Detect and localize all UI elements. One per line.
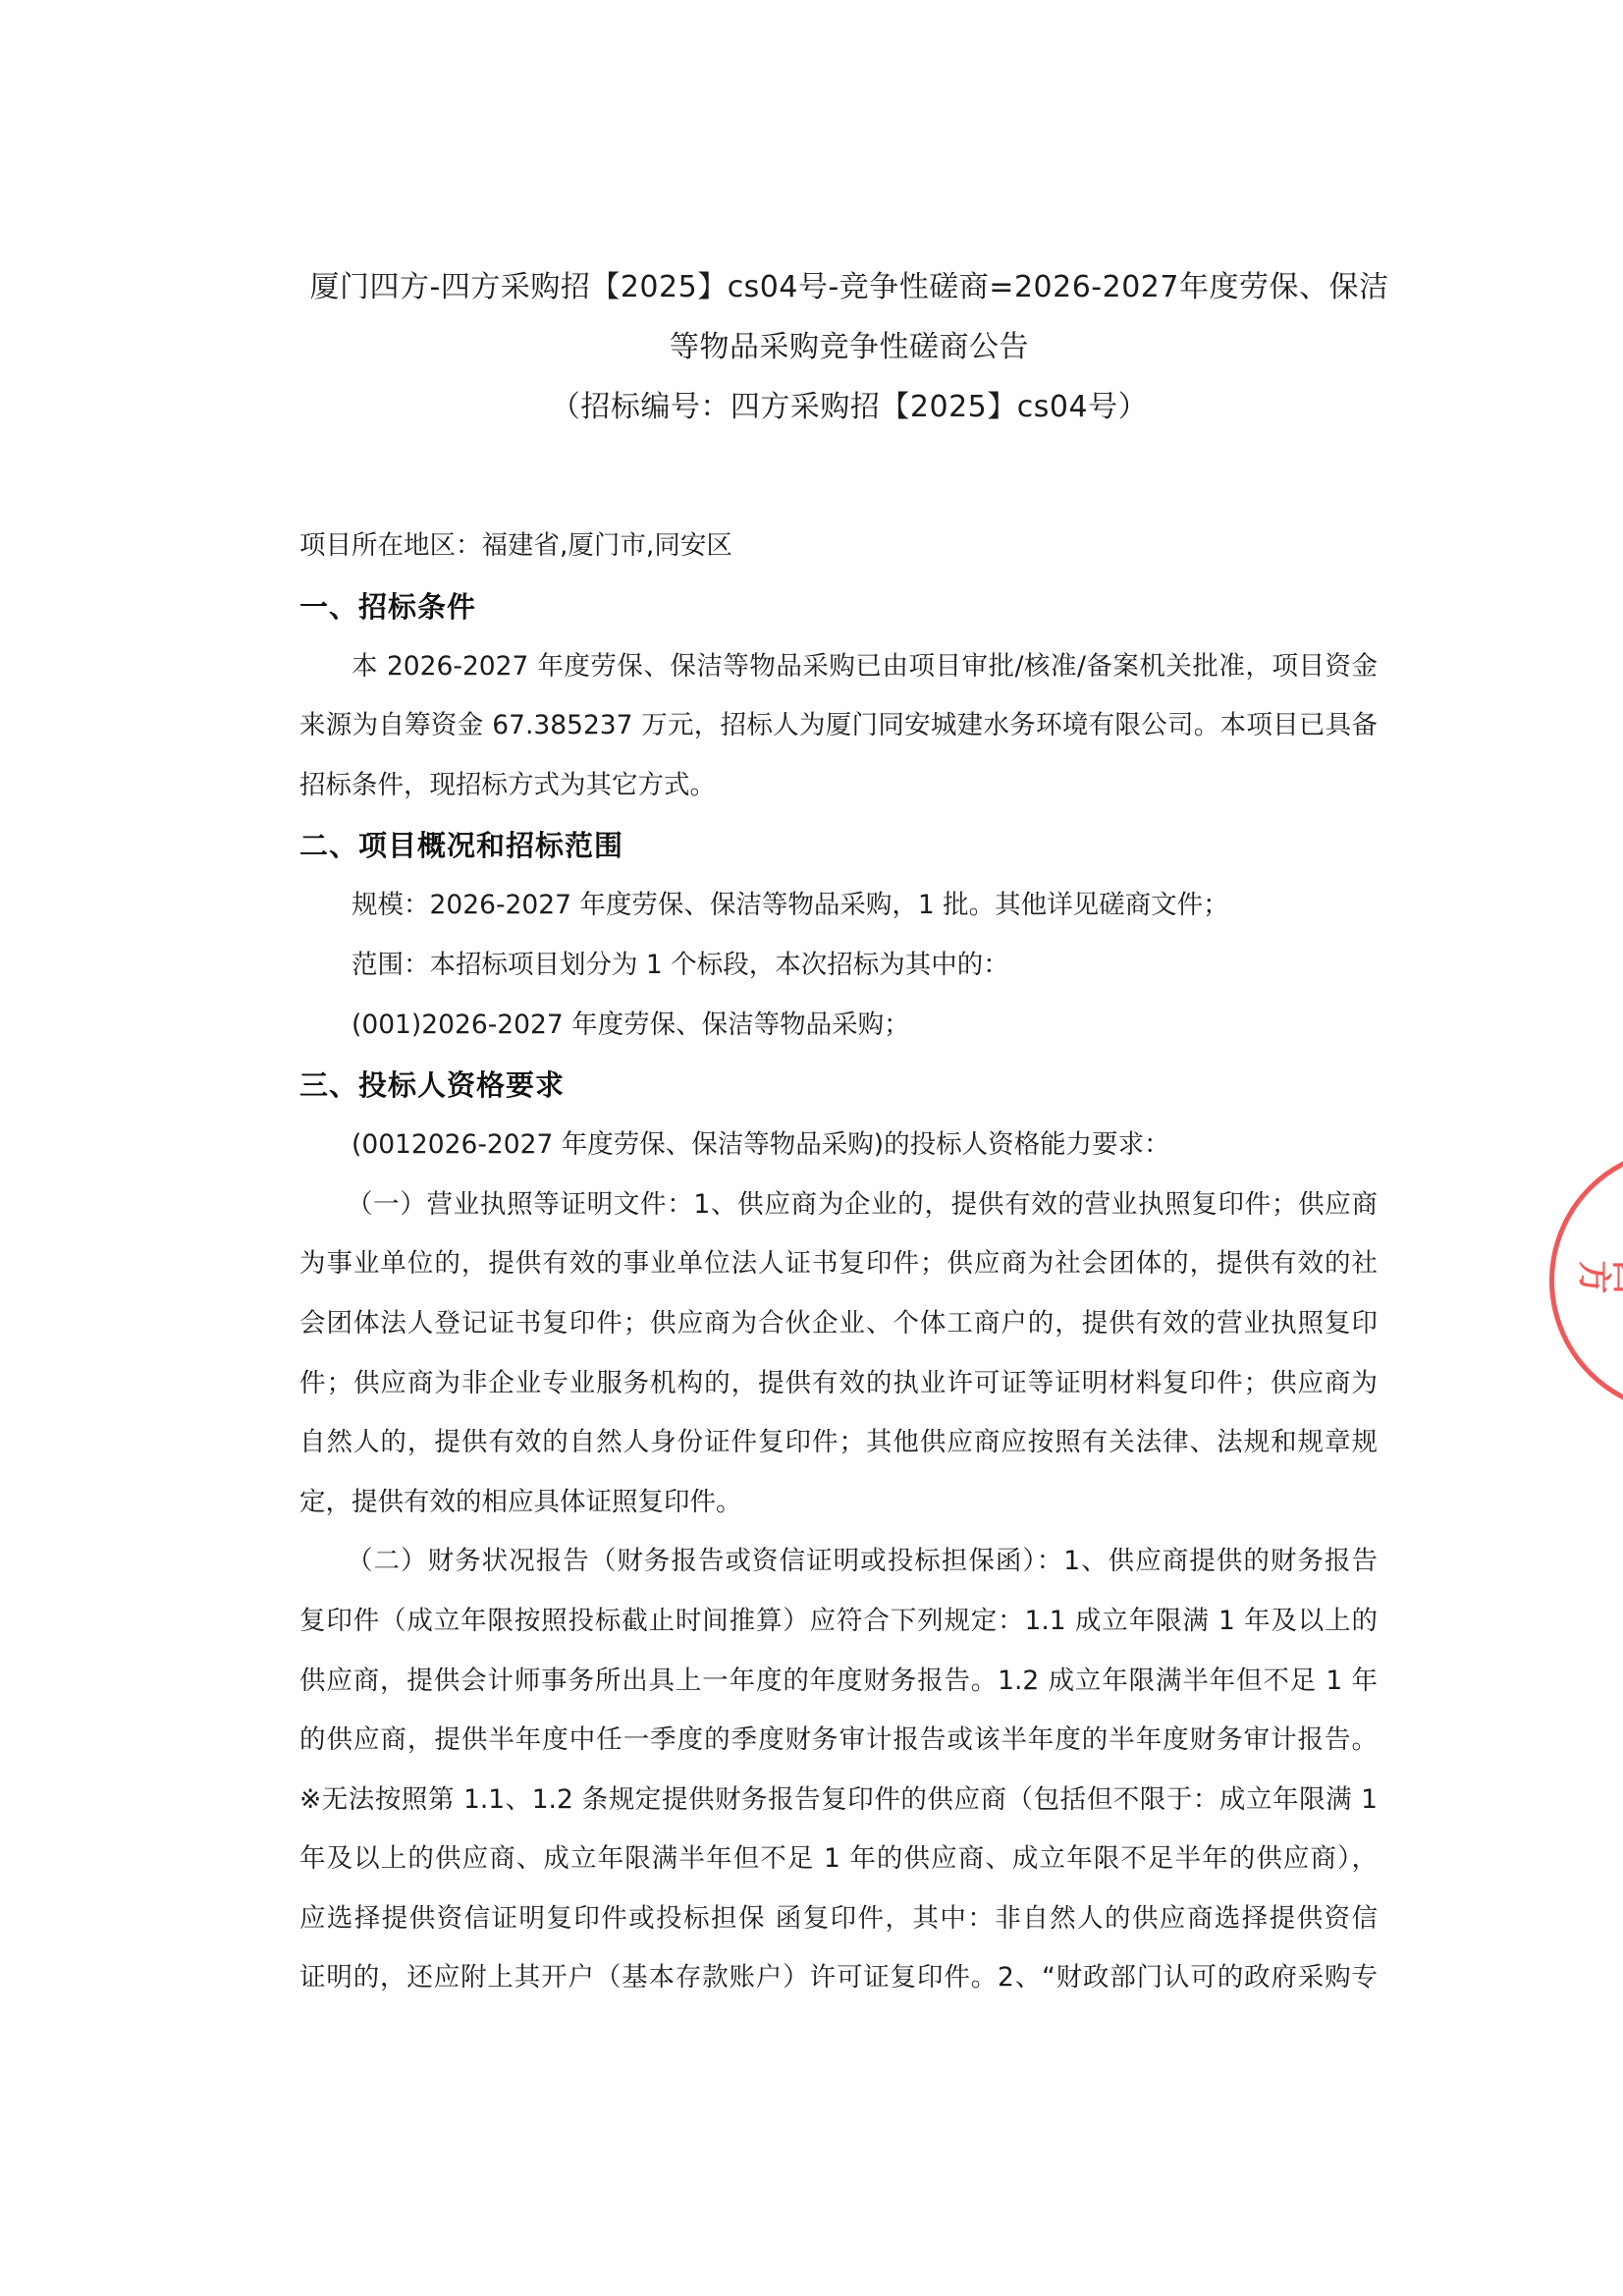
license-paragraph-line: 定，提供有效的相应具体证照复印件。: [299, 1473, 1378, 1533]
title-line-1: 厦门四方-四方采购招【2025】cs04号-竞争性磋商=2026-2027年度劳…: [285, 257, 1414, 317]
tender-number: （招标编号：四方采购招【2025】cs04号）: [285, 377, 1414, 437]
project-location: 项目所在地区：福建省,厦门市,同安区: [299, 517, 1378, 576]
scope-line: 范围：本招标项目划分为 1 个标段，本次招标为其中的：: [299, 936, 1378, 996]
finance-paragraph-line: 复印件（成立年限按照投标截止时间推算）应符合下列规定：1.1 成立年限满 1 年…: [299, 1592, 1378, 1652]
license-paragraph-line: 为事业单位的，提供有效的事业单位法人证书复印件；供应商为社会团体的，提供有效的社: [299, 1234, 1378, 1294]
license-paragraph-line: 件；供应商为非企业专业服务机构的，提供有效的执业许可证等证明材料复印件；供应商为: [299, 1354, 1378, 1414]
section-heading-1: 一、招标条件: [299, 576, 1378, 637]
finance-paragraph-line: 年及以上的供应商、成立年限满半年但不足 1 年的供应商、成立年限不足半年的供应商…: [299, 1830, 1378, 1889]
qualification-intro: (0012026-2027 年度劳保、保洁等物品采购)的投标人资格能力要求：: [299, 1116, 1378, 1175]
finance-paragraph-line: 供应商，提供会计师事务所出具上一年度的年度财务报告。1.2 成立年限满半年但不足…: [299, 1652, 1378, 1712]
title-line-2: 等物品采购竞争性磋商公告: [285, 317, 1414, 377]
finance-paragraph-line: 证明的，还应附上其开户（基本存款账户）许可证复印件。2、“财政部门认可的政府采购…: [299, 1948, 1378, 2008]
document-body: 项目所在地区：福建省,厦门市,同安区 一、招标条件 本 2026-2027 年度…: [299, 517, 1378, 2008]
lot-line: (001)2026-2027 年度劳保、保洁等物品采购；: [299, 996, 1378, 1056]
document-title: 厦门四方-四方采购招【2025】cs04号-竞争性磋商=2026-2027年度劳…: [285, 257, 1414, 437]
paragraph-line: 招标条件，现招标方式为其它方式。: [299, 756, 1378, 816]
scale-line: 规模：2026-2027 年度劳保、保洁等物品采购，1 批。其他详见磋商文件；: [299, 876, 1378, 936]
paragraph-line: 本 2026-2027 年度劳保、保洁等物品采购已由项目审批/核准/备案机关批准…: [299, 637, 1378, 697]
paragraph-line: 来源为自筹资金 67.385237 万元，招标人为厦门同安城建水务环境有限公司。…: [299, 696, 1378, 756]
seal-text: 门四方: [1579, 1262, 1623, 1301]
section-heading-3: 三、投标人资格要求: [299, 1055, 1378, 1116]
license-paragraph-line: 会团体法人登记证书复印件；供应商为合伙企业、个体工商户的，提供有效的营业执照复印: [299, 1294, 1378, 1354]
finance-paragraph-line: （二）财务状况报告（财务报告或资信证明或投标担保函）：1、供应商提供的财务报告: [299, 1532, 1378, 1592]
document-page: 厦门四方-四方采购招【2025】cs04号-竞争性磋商=2026-2027年度劳…: [0, 0, 1623, 2296]
finance-paragraph-line: ※无法按照第 1.1、1.2 条规定提供财务报告复印件的供应商（包括但不限于：成…: [299, 1771, 1378, 1831]
finance-paragraph-line: 应选择提供资信证明复印件或投标担保 函复印件，其中：非自然人的供应商选择提供资信: [299, 1889, 1378, 1949]
finance-paragraph-line: 的供应商，提供半年度中任一季度的季度财务审计报告或该半年度的半年度财务审计报告。: [299, 1711, 1378, 1771]
license-paragraph-line: 自然人的，提供有效的自然人身份证件复印件；其他供应商应按照有关法律、法规和规章规: [299, 1413, 1378, 1473]
license-paragraph-line: （一）营业执照等证明文件：1、供应商为企业的，提供有效的营业执照复印件；供应商: [299, 1175, 1378, 1235]
section-heading-2: 二、项目概况和招标范围: [299, 815, 1378, 876]
